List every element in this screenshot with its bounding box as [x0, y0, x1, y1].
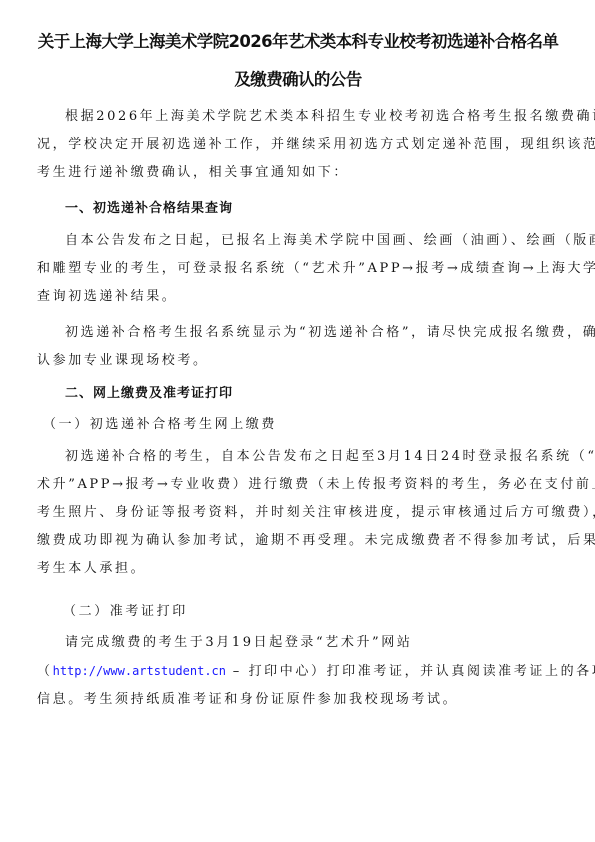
subheading-text: （二）准考证打印	[37, 598, 559, 626]
text-after-link: – 打印中心）打印准考证，并认真阅读准考证上的各项	[226, 664, 595, 679]
text-line: 初选递补合格考生报名系统显示为“初选递补合格”，请尽快完成报名缴费，确	[37, 319, 559, 347]
text-line: 请完成缴费的考生于3月19日起登录“艺术升”网站	[37, 629, 559, 657]
text-line: 认参加专业课现场校考。	[37, 347, 559, 375]
subheading-text: （一）初选递补合格考生网上缴费	[37, 411, 559, 439]
text-line: （http://www.artstudent.cn – 打印中心）打印准考证，并…	[37, 657, 559, 686]
text-line: 考生照片、身份证等报考资料，并时刻关注审核进度，提示审核通过后方可缴费），	[37, 499, 559, 527]
section-2-heading: 二、网上缴费及准考证打印	[37, 380, 559, 408]
artstudent-link[interactable]: http://www.artstudent.cn	[53, 664, 226, 678]
paren-open: （	[37, 664, 53, 679]
section-1-paragraph-2: 初选递补合格考生报名系统显示为“初选递补合格”，请尽快完成报名缴费，确 认参加专…	[37, 319, 559, 375]
heading-text: 一、初选递补合格结果查询	[37, 195, 559, 223]
section-1-heading: 一、初选递补合格结果查询	[37, 195, 559, 223]
text-line: 根据2026年上海美术学院艺术类本科招生专业校考初选合格考生报名缴费确认情	[37, 103, 559, 131]
text-line: 信息。考生须持纸质准考证和身份证原件参加我校现场考试。	[37, 686, 559, 714]
title-line-1: 关于上海大学上海美术学院2026年艺术类本科专业校考初选递补合格名单	[33, 24, 563, 60]
intro-paragraph: 根据2026年上海美术学院艺术类本科招生专业校考初选合格考生报名缴费确认情 况，…	[37, 103, 559, 187]
subsection-1-heading: （一）初选递补合格考生网上缴费	[37, 411, 559, 439]
text-line: 缴费成功即视为确认参加考试，逾期不再受理。未完成缴费者不得参加考试，后果由	[37, 527, 559, 555]
text-line: 自本公告发布之日起，已报名上海美术学院中国画、绘画（油画）、绘画（版画）	[37, 227, 559, 255]
text-line: 和雕塑专业的考生，可登录报名系统（“艺术升”APP→报考→成绩查询→上海大学）	[37, 255, 559, 283]
text-line: 查询初选递补结果。	[37, 283, 559, 311]
text-line: 考生本人承担。	[37, 555, 559, 583]
subsection-2-heading: （二）准考证打印	[37, 598, 559, 626]
subsection-2-paragraph: 请完成缴费的考生于3月19日起登录“艺术升”网站 （http://www.art…	[37, 629, 559, 714]
subsection-1-paragraph: 初选递补合格的考生，自本公告发布之日起至3月14日24时登录报名系统（“艺 术升…	[37, 443, 559, 583]
title-line-2: 及缴费确认的公告	[37, 62, 559, 98]
text-line: 况，学校决定开展初选递补工作，并继续采用初选方式划定递补范围，现组织该范围	[37, 131, 559, 159]
heading-text: 二、网上缴费及准考证打印	[37, 380, 559, 408]
text-line: 考生进行递补缴费确认，相关事宜通知如下：	[37, 159, 559, 187]
text-line: 术升”APP→报考→专业收费）进行缴费（未上传报考资料的考生，务必在支付前上传	[37, 471, 559, 499]
text-line: 初选递补合格的考生，自本公告发布之日起至3月14日24时登录报名系统（“艺	[37, 443, 559, 471]
section-1-paragraph-1: 自本公告发布之日起，已报名上海美术学院中国画、绘画（油画）、绘画（版画） 和雕塑…	[37, 227, 559, 311]
